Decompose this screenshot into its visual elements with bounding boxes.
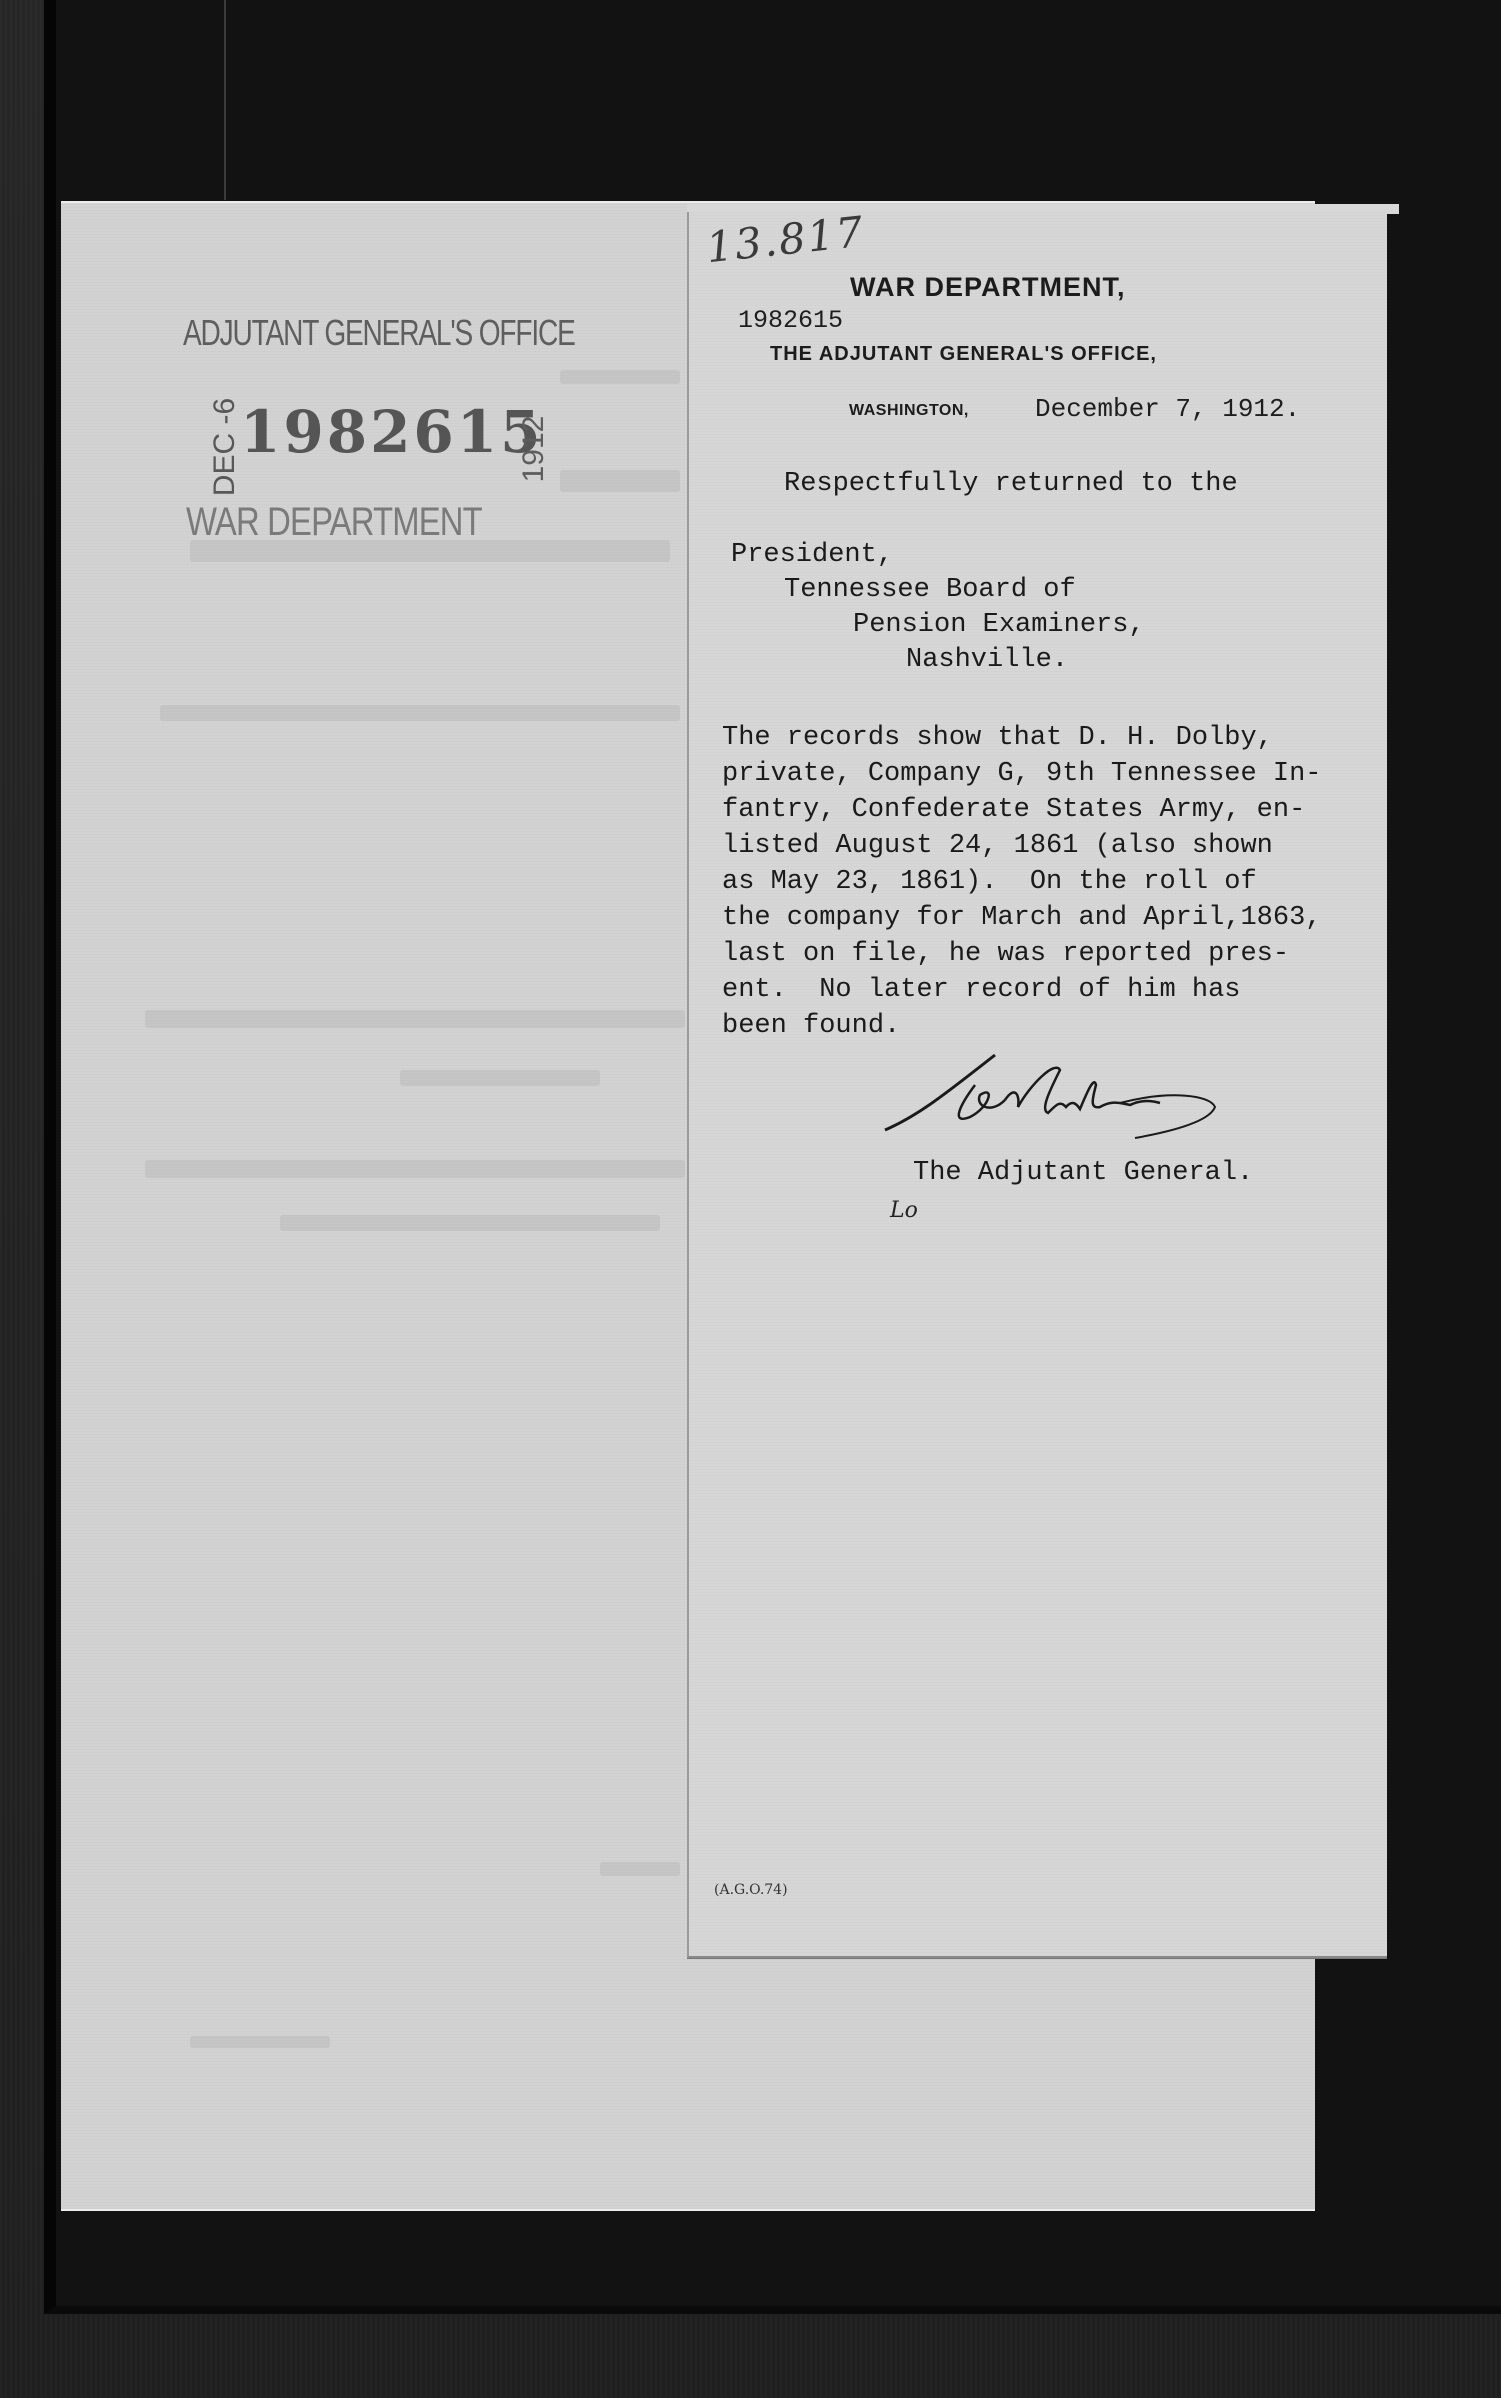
bleed-through-mark <box>145 1160 685 1178</box>
bleed-through-mark <box>600 1862 680 1876</box>
addressee-line: President, <box>731 537 893 573</box>
stamp-department-footer: WAR DEPARTMENT <box>186 500 482 545</box>
signature-icon <box>880 1045 1260 1145</box>
letter-body: The records show that D. H. Dolby, priva… <box>722 720 1322 1044</box>
stamp-office-header: ADJUTANT GENERAL'S OFFICE <box>183 312 575 354</box>
letterhead-place: WASHINGTON, <box>849 402 969 420</box>
stamp-file-number: 1982615 <box>240 398 544 466</box>
bleed-through-mark <box>560 470 680 492</box>
bleed-through-mark <box>160 705 680 721</box>
stamp-date-month-day: DEC -6 <box>208 382 242 512</box>
letterhead-office: THE ADJUTANT GENERAL'S OFFICE, <box>770 343 1157 366</box>
bleed-through-mark <box>280 1215 660 1231</box>
signoff-title: The Adjutant General. <box>913 1155 1253 1191</box>
returned-line: Respectfully returned to the <box>784 466 1238 502</box>
letterhead-title: WAR DEPARTMENT, <box>850 272 1126 303</box>
bleed-through-mark <box>400 1070 600 1086</box>
handwritten-initials: Lo <box>890 1198 918 1223</box>
form-identifier: (A.G.O.74) <box>714 1882 788 1898</box>
folder-edge-line <box>224 0 226 200</box>
addressee-line: Tennessee Board of <box>784 572 1076 608</box>
bleed-through-mark <box>560 370 680 384</box>
addressee-line: Nashville. <box>906 642 1068 678</box>
stamp-date-year: 1912 <box>517 399 551 499</box>
letter-date: December 7, 1912. <box>1035 394 1300 424</box>
bleed-through-mark <box>190 2036 330 2048</box>
bleed-through-mark <box>145 1010 685 1028</box>
file-number: 1982615 <box>738 306 843 335</box>
addressee-line: Pension Examiners, <box>853 607 1145 643</box>
